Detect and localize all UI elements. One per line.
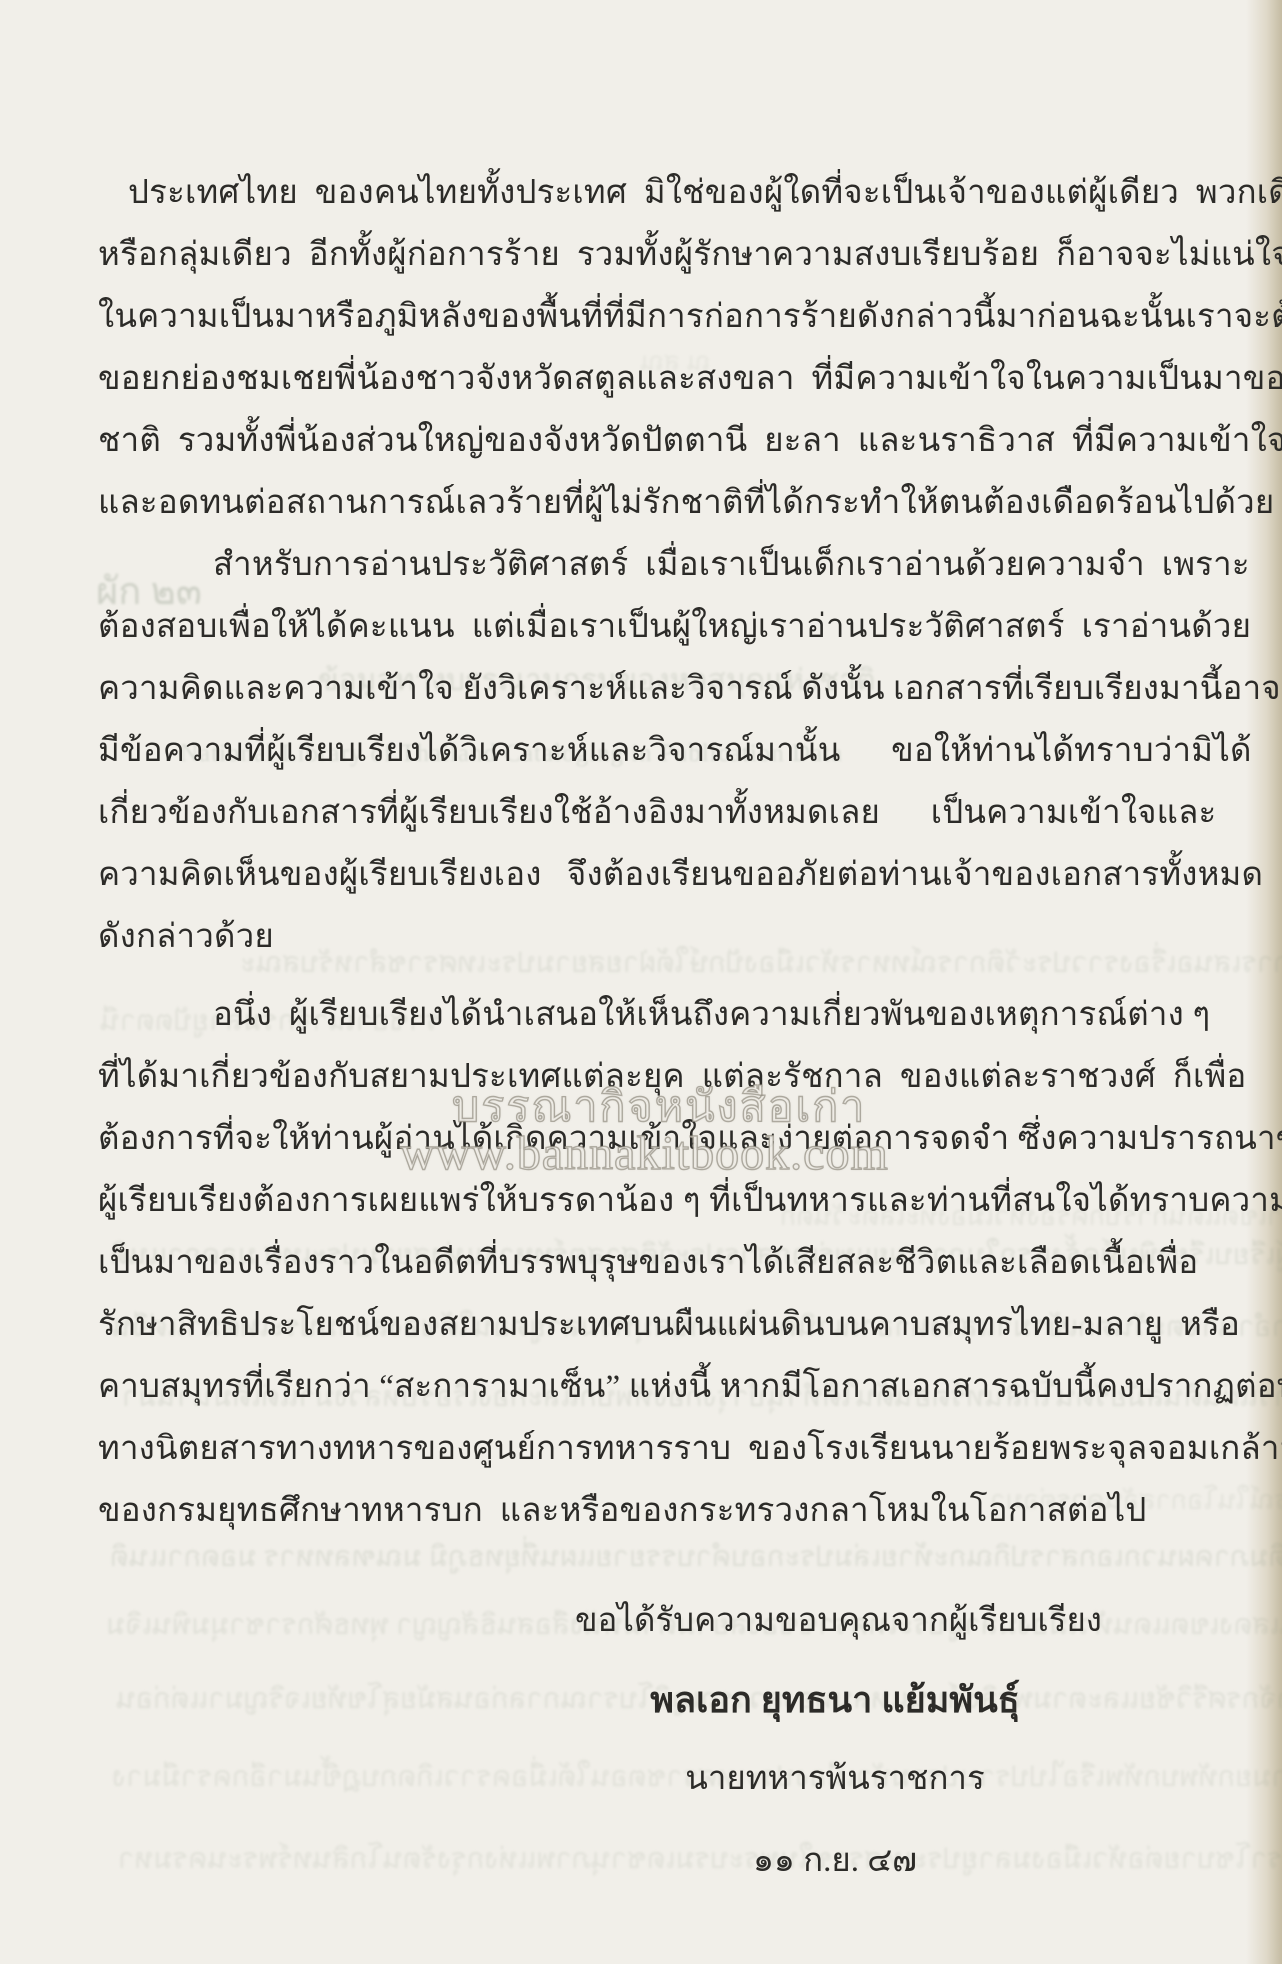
text-line: ในความเป็นมาหรือภูมิหลังของพื้นที่ที่มีก… bbox=[98, 286, 1202, 348]
signature-title: นายทหารพ้นราชการ bbox=[575, 1751, 1095, 1804]
text-line: เป็นมาของเรื่องราวในอดีตที่บรรพบุรุษของเ… bbox=[98, 1232, 1202, 1294]
text-line: ดังกล่าวด้วย bbox=[98, 906, 1202, 968]
text-line: และอดทนต่อสถานการณ์เลวร้ายที่ผู้ไม่รักชา… bbox=[98, 472, 1202, 534]
text-line: หรือกลุ่มเดียว อีกทั้งผู้ก่อการร้าย รวมท… bbox=[98, 224, 1202, 286]
text-line: ชาติ รวมทั้งพี่น้องส่วนใหญ่ของจังหวัดปัต… bbox=[98, 410, 1202, 472]
text-line: ขอยกย่องชมเชยพี่น้องชาวจังหวัดสตูลและสงข… bbox=[98, 348, 1202, 410]
signature-block: ขอได้รับความขอบคุณจากผู้เรียบเรียง พลเอก… bbox=[575, 1593, 1095, 1893]
scanned-book-page: ผัก ๒๓ข้อมูลทางบรรณานุกรมของหอสมุดแห่งชา… bbox=[0, 0, 1282, 1964]
text-line: ต้องสอบเพื่อให้ได้คะแนน แต่เมื่อเราเป็นผ… bbox=[98, 596, 1202, 658]
text-line: เกี่ยวข้องกับเอกสารที่ผู้เรียบเรียงใช้อ้… bbox=[98, 782, 1202, 844]
text-line-paragraph-start: อนึ่ง ผู้เรียบเรียงได้นำเสนอให้เห็นถึงคว… bbox=[98, 984, 1202, 1046]
text-line: ประเทศไทย ของคนไทยทั้งประเทศ มิใช่ของผู้… bbox=[98, 162, 1202, 224]
text-line: ทางนิตยสารทางทหารของศูนย์การทหารราบ ของโ… bbox=[98, 1418, 1202, 1480]
text-line: คาบสมุทรที่เรียกว่า “สะการามาเซ็น” แห่งน… bbox=[98, 1356, 1202, 1418]
signature-name: พลเอก ยุทธนา แย้มพันธุ์ bbox=[575, 1671, 1095, 1728]
text-line: ความคิดและความเข้าใจ ยังวิเคราะห์และวิจา… bbox=[98, 658, 1202, 720]
closing-line: ขอได้รับความขอบคุณจากผู้เรียบเรียง bbox=[575, 1593, 1095, 1646]
preface-paragraphs-1: ประเทศไทย ของคนไทยทั้งประเทศ มิใช่ของผู้… bbox=[98, 162, 1202, 968]
text-line: ต้องการที่จะให้ท่านผู้อ่านได้เกิดความเข้… bbox=[98, 1108, 1202, 1170]
signature-date: ๑๑ ก.ย. ๔๗ bbox=[575, 1833, 1095, 1886]
text-line: ของกรมยุทธศึกษาทหารบก และหรือของกระทรวงก… bbox=[98, 1480, 1202, 1542]
text-line: มีข้อความที่ผู้เรียบเรียงได้วิเคราะห์และ… bbox=[98, 720, 1202, 782]
preface-paragraphs-2: อนึ่ง ผู้เรียบเรียงได้นำเสนอให้เห็นถึงคว… bbox=[98, 984, 1202, 1542]
text-line: ที่ได้มาเกี่ยวข้องกับสยามประเทศแต่ละยุค … bbox=[98, 1046, 1202, 1108]
text-line: ผู้เรียบเรียงต้องการเผยแพร่ให้บรรดาน้อง … bbox=[98, 1170, 1202, 1232]
preface-text-layer: ประเทศไทย ของคนไทยทั้งประเทศ มิใช่ของผู้… bbox=[0, 0, 1282, 1964]
text-line: ความคิดเห็นของผู้เรียบเรียงเอง จึงต้องเร… bbox=[98, 844, 1202, 906]
text-line: รักษาสิทธิประโยชน์ของสยามประเทศบนผืนแผ่น… bbox=[98, 1294, 1202, 1356]
text-line-paragraph-start: สำหรับการอ่านประวัติศาสตร์ เมื่อเราเป็นเ… bbox=[98, 534, 1202, 596]
